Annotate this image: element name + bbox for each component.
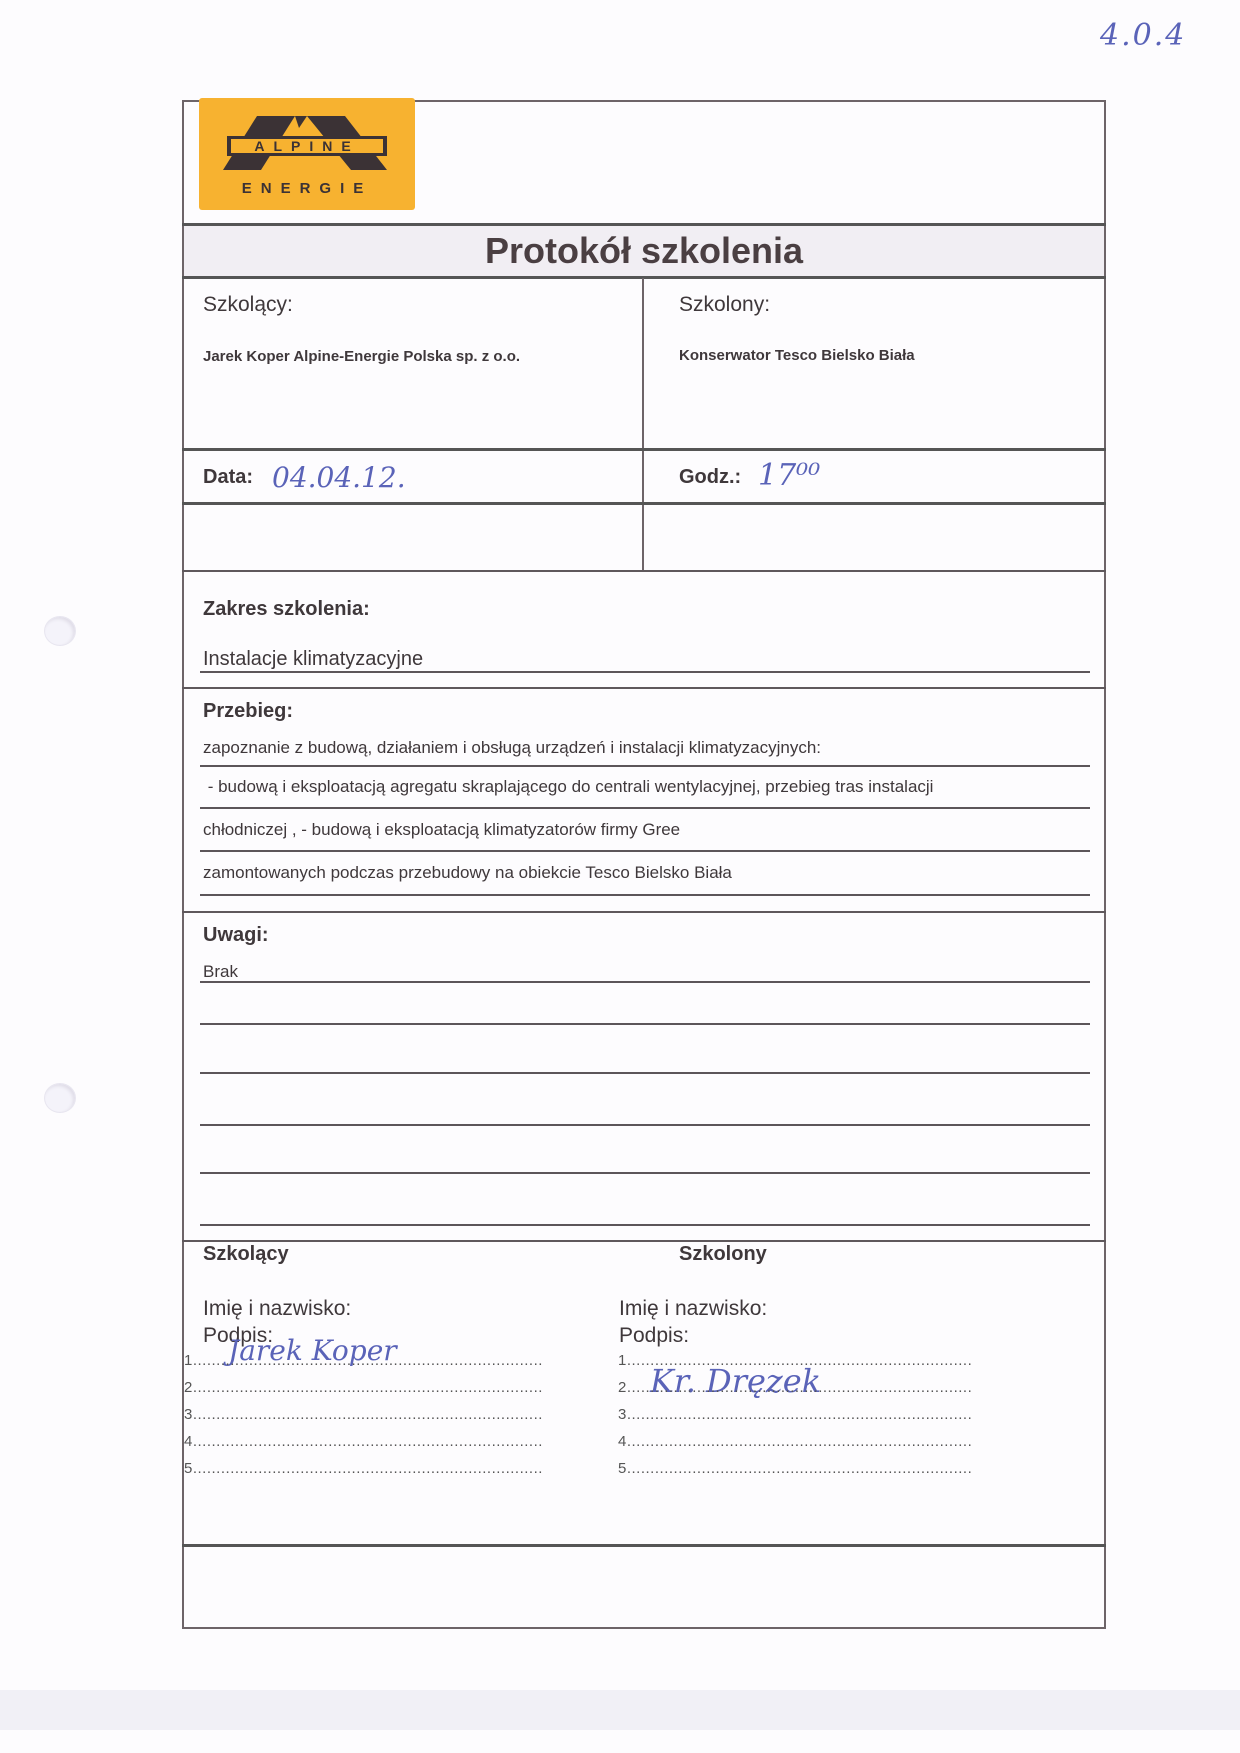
company-logo: ALPINE ENERGIE — [199, 98, 415, 210]
handwritten-page-number: 4.0.4 — [1100, 18, 1186, 53]
signature-trainer-heading: Szkolący — [203, 1243, 289, 1266]
scan-edge-shade — [0, 1690, 1240, 1730]
trainee-row-5: 5.......................................… — [618, 1460, 973, 1487]
course-line-2: - budową i eksploatacją agregatu skrapla… — [203, 777, 933, 797]
trainee-row-3: 3.......................................… — [618, 1406, 973, 1433]
trainer-row-3: 3.......................................… — [184, 1406, 544, 1433]
remarks-rule-2 — [200, 1023, 1090, 1025]
alpine-a-logo-icon: ALPINE ENERGIE — [199, 98, 415, 210]
course-rule-1 — [200, 765, 1090, 767]
title-bottom-rule — [182, 276, 1106, 279]
trainer-value: Jarek Koper Alpine-Energie Polska sp. z … — [203, 348, 520, 365]
row-rule-remarks-bottom — [182, 1240, 1106, 1242]
trainee-name-label: Imię i nazwisko: — [619, 1297, 767, 1321]
row-rule-empty-bottom — [182, 570, 1106, 572]
course-rule-3 — [200, 850, 1090, 852]
scope-rule — [200, 671, 1090, 673]
scope-label: Zakres szkolenia: — [203, 598, 370, 621]
time-label: Godz.: — [679, 466, 741, 489]
course-line-4: zamontowanych podczas przebudowy na obie… — [203, 863, 732, 883]
course-rule-4 — [200, 894, 1090, 896]
trainee-row-1: 1.......................................… — [618, 1352, 973, 1379]
course-rule-2 — [200, 807, 1090, 809]
remarks-label: Uwagi: — [203, 924, 269, 947]
punch-hole-top — [44, 616, 76, 646]
document-title: Protokół szkolenia — [184, 226, 1104, 276]
remarks-rule-5 — [200, 1172, 1090, 1174]
trainee-label: Szkolony: — [679, 293, 770, 317]
trainee-row-2: 2.......................................… — [618, 1379, 973, 1406]
punch-hole-bottom — [44, 1083, 76, 1113]
remarks-rule-4 — [200, 1124, 1090, 1126]
trainee-signature-rows: 1.......................................… — [618, 1352, 973, 1487]
remarks-rule-3 — [200, 1072, 1090, 1074]
column-divider — [642, 278, 644, 571]
trainer-signature-rows: 1.......................................… — [184, 1352, 544, 1487]
date-label: Data: — [203, 466, 253, 489]
row-rule-course-bottom — [182, 911, 1106, 913]
course-line-1: zapoznanie z budową, działaniem i obsług… — [203, 738, 821, 758]
date-value: 04.04.12. — [272, 461, 406, 494]
row-rule-scope-bottom — [182, 687, 1106, 689]
course-label: Przebieg: — [203, 700, 293, 723]
trainer-name-label: Imię i nazwisko: — [203, 1297, 351, 1321]
trainer-row-1: 1.......................................… — [184, 1352, 544, 1379]
row-rule-date-bottom — [182, 502, 1106, 505]
remarks-rule-1 — [200, 981, 1090, 983]
row-rule-date-top — [182, 448, 1106, 451]
course-line-3: chłodniczej , - budową i eksploatacją kl… — [203, 820, 680, 840]
remarks-value: Brak — [203, 962, 238, 982]
trainer-row-5: 5.......................................… — [184, 1460, 544, 1487]
trainer-row-2: 2.......................................… — [184, 1379, 544, 1406]
svg-text:ENERGIE: ENERGIE — [242, 180, 373, 197]
time-value: 17⁰⁰ — [758, 458, 820, 493]
svg-text:ALPINE: ALPINE — [254, 138, 359, 154]
signature-trainee-heading: Szkolony — [679, 1243, 767, 1266]
trainer-row-4: 4.......................................… — [184, 1433, 544, 1460]
remarks-rule-6 — [200, 1224, 1090, 1226]
trainee-row-4: 4.......................................… — [618, 1433, 973, 1460]
trainer-label: Szkolący: — [203, 293, 293, 317]
trainee-value: Konserwator Tesco Bielsko Biała — [679, 347, 915, 364]
scope-value: Instalacje klimatyzacyjne — [203, 648, 423, 671]
trainee-sign-label: Podpis: — [619, 1324, 689, 1348]
row-rule-signatures-bottom — [182, 1544, 1106, 1547]
